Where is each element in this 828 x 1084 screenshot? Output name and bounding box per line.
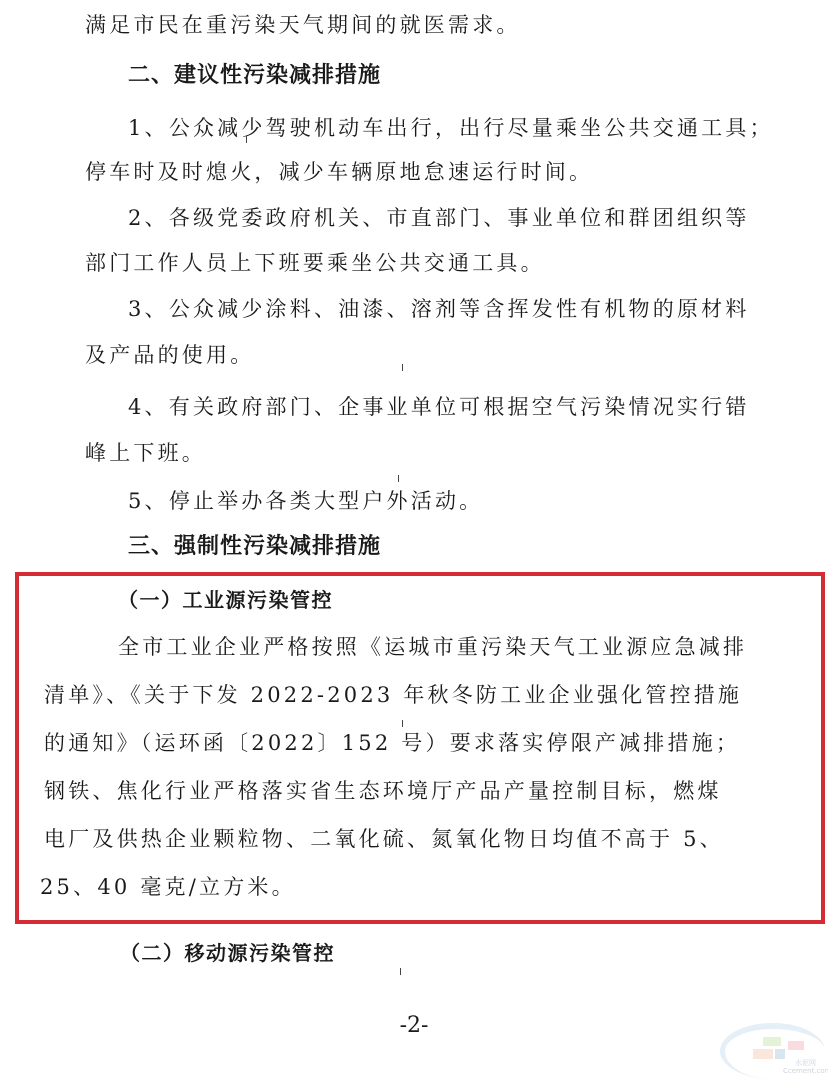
page-number: -2-: [0, 1013, 828, 1038]
paragraph-line: 满足市民在重污染天气期间的就医需求。: [85, 10, 521, 40]
watermark-square-icon: [753, 1049, 773, 1059]
paragraph-line: 3、公众减少涂料、油漆、溶剂等含挥发性有机物的原材料: [128, 294, 750, 324]
paragraph-line: 清单》、《关于下发 2022-2023 年秋冬防工业企业强化管控措施: [44, 680, 742, 710]
paragraph-line: 2、各级党委政府机关、市直部门、事业单位和群团组织等: [128, 203, 750, 233]
scan-mark: [402, 720, 403, 727]
subsection-heading-mobile: （二）移动源污染管控: [120, 938, 335, 968]
section-heading-2: 二、建议性污染减排措施: [128, 61, 381, 91]
watermark-square-icon: [763, 1037, 781, 1046]
scan-mark: [398, 475, 399, 482]
scan-mark: [400, 968, 401, 975]
paragraph-line: 钢铁、焦化行业严格落实省生态环境厅产品产量控制目标，燃煤: [44, 776, 722, 806]
paragraph-line: 部门工作人员上下班要乘坐公共交通工具。: [85, 248, 545, 278]
paragraph-line: 25、40 毫克/立方米。: [40, 872, 296, 902]
watermark-logo: 水泥网 Ccement.com: [715, 1015, 825, 1080]
scan-mark: [402, 364, 403, 371]
paragraph-line: 全市工业企业严格按照《运城市重污染天气工业源应急减排: [118, 632, 747, 662]
watermark-square-icon: [775, 1049, 785, 1059]
paragraph-line: 的通知》（运环函〔2022〕152 号）要求落实停限产减排措施；: [44, 728, 740, 758]
scan-mark: [246, 136, 247, 143]
paragraph-line: 峰上下班。: [85, 438, 206, 468]
paragraph-line: 5、停止举办各类大型户外活动。: [128, 486, 483, 516]
paragraph-line: 及产品的使用。: [85, 340, 254, 370]
paragraph-line: 1、公众减少驾驶机动车出行，出行尽量乘坐公共交通工具；: [128, 113, 774, 143]
paragraph-line: 4、有关政府部门、企事业单位可根据空气污染情况实行错: [128, 392, 750, 422]
subsection-heading-industrial: （一）工业源污染管控: [118, 585, 333, 615]
section-heading-3: 三、强制性污染减排措施: [128, 532, 381, 562]
paragraph-line: 停车时及时熄火，减少车辆原地怠速运行时间。: [85, 157, 593, 187]
watermark-square-icon: [788, 1041, 804, 1050]
watermark-text: 水泥网 Ccement.com: [783, 1059, 828, 1075]
paragraph-line: 电厂及供热企业颗粒物、二氧化硫、氮氧化物日均值不高于 5、: [44, 824, 724, 854]
